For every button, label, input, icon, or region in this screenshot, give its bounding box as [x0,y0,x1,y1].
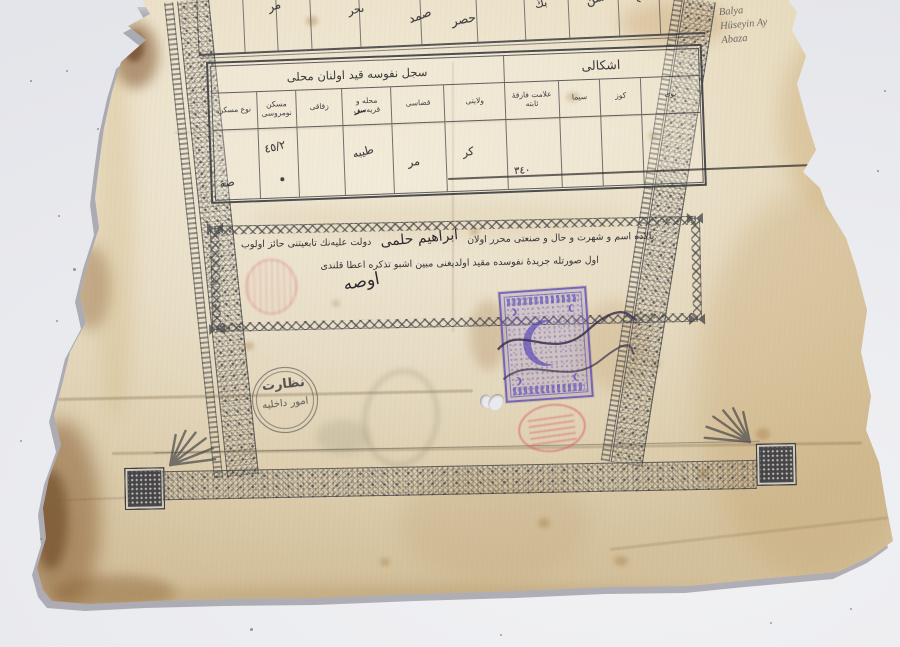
data-cell: صة [213,129,261,200]
data-cell: مر [393,122,449,193]
column-label: سيما [572,93,587,102]
column-header: كوز [600,78,642,115]
corner-ornament-left [124,467,165,510]
dust-speck [30,80,32,82]
handwritten-entry: ٤٥/٢ [263,138,287,156]
column-header: علامت فارقهٔ ثابته [505,81,561,119]
dust-speck [770,622,772,624]
table-cell [658,0,705,34]
column-label: نوع مسكن [218,106,252,116]
table-cell [197,0,246,54]
handwritten-entry: طيبه [351,142,375,160]
data-cell: طيبه [343,124,395,195]
dust-speck [58,215,60,217]
column-label: مسكن نومروسى [257,100,296,118]
fan-ornament-right [701,404,754,445]
stain [70,245,110,330]
faded-seal-smudge [316,420,370,454]
statement-line1-left: دولت عليه‌نك تابعيتنى حائز اولوب [241,236,372,253]
handwritten-entry: كر [462,144,475,159]
dust-speck [500,634,502,636]
dust-speck [884,90,886,92]
pen-cancellation-scrawl [490,298,645,401]
stain [95,60,135,420]
dust-speck [877,170,879,172]
column-header: ولايتى [444,83,506,121]
section-title-right-label: اشكالى [581,57,620,73]
column-label: زقاقى [309,103,329,112]
column-header: نوع مسكن [212,92,258,130]
register-table: سجل نفوسه قيد اولنان محلى اشكالى نوع مسك… [206,44,707,204]
dust-speck [56,320,58,322]
statement-line-2: اول صورتله جريدهٔ نفوسده مقيد اولديغنى م… [227,254,599,276]
corner-bowtie-ornament [688,313,706,326]
statement-line1-right: بالاده اسم و شهرت و حال و صنعتى محرر اول… [467,230,654,248]
dust-speck [20,440,22,442]
data-cell: ٣٤٠ [506,118,563,189]
margin-pencil-mark: مر [83,111,96,124]
column-label: علامت فارقهٔ ثابته [505,90,559,109]
stain [380,558,390,566]
data-cell: كر [446,120,509,191]
data-cell [560,116,604,186]
column-header: سيما [559,79,601,116]
column-label: قضاسى [405,99,430,108]
stain [614,556,628,566]
stain [780,30,890,210]
table-cell [618,0,662,36]
column-label: ولايتى [465,97,484,106]
data-cell [642,112,702,183]
dust-speck [97,128,99,130]
section-title-left-label: سجل نفوسه قيد اولنان محلى [286,64,427,83]
fan-ornament-left [165,426,218,467]
lace-band-bottom [162,460,756,500]
red-stamp-inner [527,410,577,446]
zigzag-border-left [210,230,221,328]
document-paper: مر ٮحر صمد ٣٠١ حصر بڭ حسن محرم عبدالله ب… [0,0,900,647]
column-header: زقاقى [296,89,343,127]
photo-scene: مر ٮحر صمد ٣٠١ حصر بڭ حسن محرم عبدالله ب… [0,0,900,647]
data-cell [297,126,346,197]
corner-bowtie-ornament [206,222,224,235]
corner-bowtie-ornament [208,323,226,336]
data-cell [601,115,645,185]
handwritten-name: ابراهيم حلمى [380,228,459,249]
corner-bowtie-ornament [686,212,704,225]
column-label: كوز [615,92,626,101]
data-cell: ٤٥/٢ [258,127,300,197]
dust-speck [66,70,68,72]
stain [538,518,550,528]
ink-dot [280,177,284,181]
stain [756,428,770,440]
column-header: قضاسى [391,85,446,123]
dust-speck [850,608,852,610]
column-header: مسكن نومروسى [257,90,297,127]
dust-speck [250,628,253,631]
pencil-note: Balya Hüseyin Ay Abaza [718,0,816,48]
handwritten-entry: مر [407,154,421,169]
column-header: محله و قريه‌سى ـٮـ [342,87,392,125]
column-label: بوى [664,90,676,99]
table-cell [476,0,527,42]
column-header: بوى [641,75,700,113]
handwritten-entry: صة [218,175,235,190]
corner-ornament-right [756,443,797,486]
dust-speck [73,268,76,271]
